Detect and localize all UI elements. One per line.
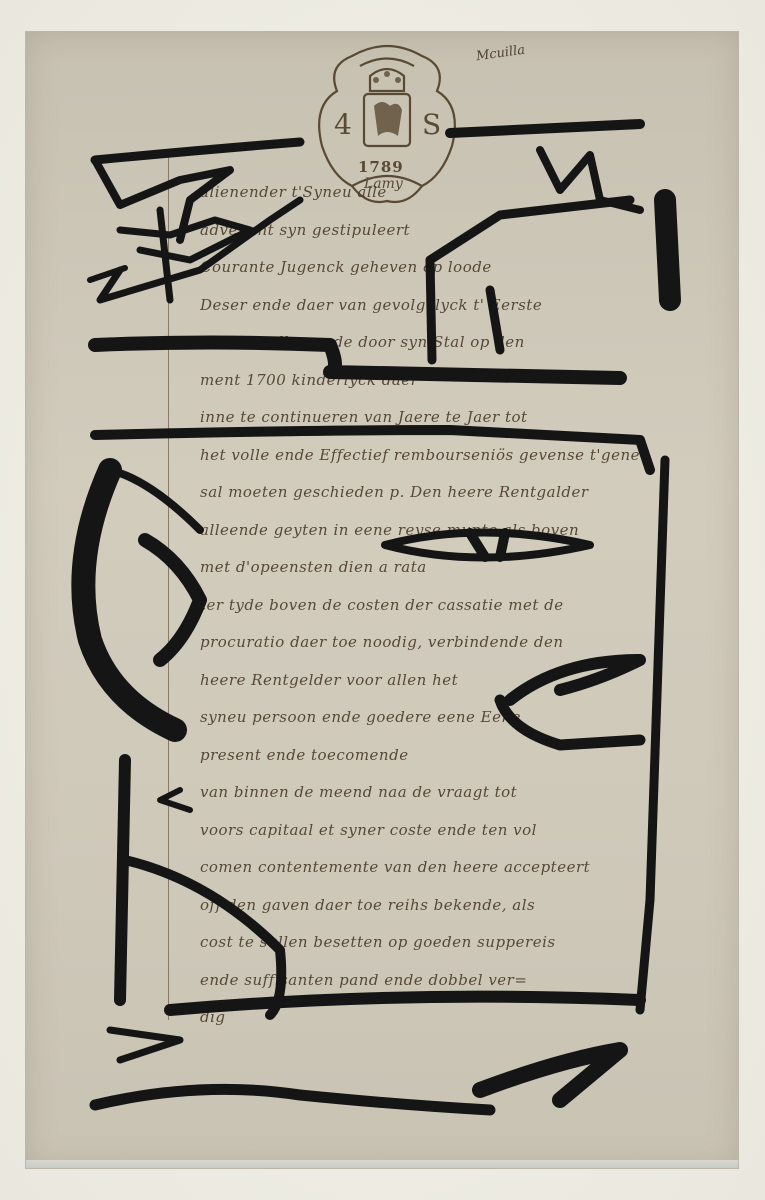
- manuscript-line: alienender t'Syneu alle: [200, 174, 720, 212]
- manuscript-line: procuratio daer toe noodig, verbindende …: [200, 624, 720, 662]
- manuscript-line: cost te sullen besetten op goeden supper…: [200, 924, 720, 962]
- manuscript-line: Intrest vallen ende door syn Stal op den: [200, 324, 720, 362]
- manuscript-line: Deser ende daer van gevolgelyck t' Eerst…: [200, 287, 720, 325]
- manuscript-line: het volle ende Effectief rembourseniös g…: [200, 437, 720, 475]
- manuscript-line: dig: [200, 999, 720, 1037]
- seal-left-mark: 4: [334, 108, 352, 141]
- seal-right-mark: S: [422, 108, 441, 141]
- margin-rule-line: [168, 150, 169, 1020]
- manuscript-line: ende suffisanten pand ende dobbel ver=: [200, 962, 720, 1000]
- manuscript-line: van binnen de meend naa de vraagt tot: [200, 774, 720, 812]
- manuscript-line: heere Rentgelder voor allen het: [200, 662, 720, 700]
- manuscript-line: voors capitaal et syner coste ende ten v…: [200, 812, 720, 850]
- manuscript-line: sal moeten geschieden p. Den heere Rentg…: [200, 474, 720, 512]
- manuscript-text: alienender t'Syneu alle advenant syn ges…: [200, 174, 720, 1037]
- manuscript-line: alleende geyten in eene reyse munte als …: [200, 512, 720, 550]
- manuscript-line: off den gaven daer toe reihs bekende, al…: [200, 887, 720, 925]
- plate-bottom-edge: [26, 1160, 738, 1168]
- manuscript-line: advenant syn gestipuleert: [200, 212, 720, 250]
- manuscript-line: comen contentemente van den heere accept…: [200, 849, 720, 887]
- manuscript-line: inne te continueren van Jaere te Jaer to…: [200, 399, 720, 437]
- manuscript-line: present ende toecomende: [200, 737, 720, 775]
- manuscript-line: met d'opeensten dien a rata: [200, 549, 720, 587]
- manuscript-line: ter tyde boven de costen der cassatie me…: [200, 587, 720, 625]
- manuscript-line: Courante Jugenck geheven op loode: [200, 249, 720, 287]
- manuscript-line: ment 1700 kinderlyck daer: [200, 362, 720, 400]
- manuscript-line: syneu persoon ende goedere eene Eene: [200, 699, 720, 737]
